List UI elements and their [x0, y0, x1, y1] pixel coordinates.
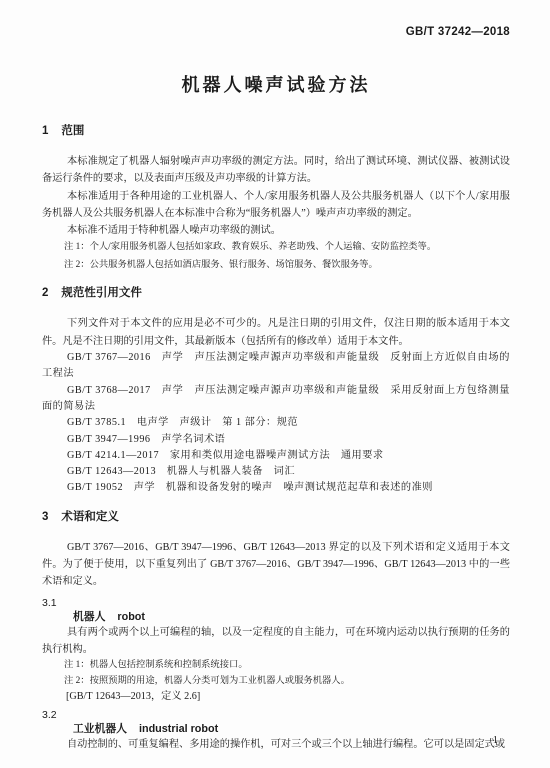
- normative-reference: GB/T 3767—2016 声学 声压法测定噪声源声功率级和声能量级 反射面上…: [42, 350, 510, 383]
- section-3-title: 术语和定义: [61, 511, 119, 523]
- term-3-1-name: 机器人robot: [73, 610, 510, 624]
- normative-reference: GB/T 3947—1996 声学名词术语: [42, 432, 510, 448]
- section-1-title: 范围: [61, 125, 84, 137]
- term-3-1-definition: 具有两个或两个以上可编程的轴，以及一定程度的自主能力，可在环境内运动以执行预期的…: [42, 624, 510, 659]
- section-2-title: 规范性引用文件: [61, 287, 142, 299]
- section-1-paragraph: 本标准规定了机器人辐射噪声声功率级的测定方法。同时，给出了测试环境、测试仪器、被…: [42, 153, 510, 188]
- section-1-note: 注 2：公共服务机器人包括如酒店服务、银行服务、场馆服务、餐饮服务等。: [64, 257, 510, 275]
- section-2-paragraph: 下列文件对于本文件的应用是必不可少的。凡是注日期的引用文件，仅注日期的版本适用于…: [42, 315, 510, 350]
- term-3-1-number: 3.1: [42, 597, 510, 610]
- term-3-2-en: industrial robot: [139, 723, 218, 735]
- normative-reference: GB/T 3768—2017 声学 声压法测定噪声源声功率级和声能量级 采用反射…: [42, 383, 510, 416]
- section-3-heading: 3术语和定义: [42, 510, 510, 524]
- section-1-heading: 1范围: [42, 124, 510, 138]
- section-2-heading: 2规范性引用文件: [42, 286, 510, 300]
- term-3-1-cn: 机器人: [73, 611, 105, 623]
- document-title: 机器人噪声试验方法: [42, 74, 510, 96]
- normative-reference: GB/T 12643—2013 机器人与机器人装备 词汇: [42, 464, 510, 480]
- term-3-2-number: 3.2: [42, 709, 510, 722]
- term-3-2-definition: 自动控制的、可重复编程、多用途的操作机，可对三个或三个以上轴进行编程。它可以是固…: [42, 736, 510, 753]
- term-3-1-source: [GB/T 12643—2013，定义 2.6]: [66, 689, 510, 704]
- normative-reference: GB/T 19052 声学 机器和设备发射的噪声 噪声测试规范起草和表述的准则: [42, 480, 510, 496]
- section-3-paragraph: GB/T 3767—2016、GB/T 3947—1996、GB/T 12643…: [42, 539, 510, 591]
- section-1-number: 1: [42, 125, 48, 137]
- section-1-paragraph: 本标准适用于各种用途的工业机器人、个人/家用服务机器人及公共服务机器人（以下个人…: [42, 188, 510, 223]
- section-3-number: 3: [42, 511, 48, 523]
- page-content: GB/T 37242—2018 机器人噪声试验方法 1范围 本标准规定了机器人辐…: [0, 0, 550, 754]
- normative-reference: GB/T 3785.1 电声学 声级计 第 1 部分：规范: [42, 415, 510, 431]
- section-1-paragraph: 本标准不适用于特种机器人噪声功率级的测试。: [42, 222, 510, 239]
- normative-reference: GB/T 4214.1—2017 家用和类似用途电器噪声测试方法 通用要求: [42, 448, 510, 464]
- page-number: 1: [493, 734, 498, 748]
- section-1-note: 注 1：个人/家用服务机器人包括如家政、教育娱乐、养老助残、个人运输、安防监控类…: [64, 239, 510, 257]
- document-page: GB/T 37242—2018 机器人噪声试验方法 1范围 本标准规定了机器人辐…: [0, 0, 550, 768]
- standard-number: GB/T 37242—2018: [42, 26, 510, 39]
- term-3-1-en: robot: [117, 611, 145, 623]
- term-3-1-note: 注 2：按照预期的用途，机器人分类可划为工业机器人或服务机器人。: [64, 674, 510, 690]
- section-2-number: 2: [42, 287, 48, 299]
- term-3-1-note: 注 1：机器人包括控制系统和控制系统接口。: [64, 658, 510, 674]
- term-3-2-cn: 工业机器人: [73, 723, 127, 735]
- term-3-2-name: 工业机器人industrial robot: [73, 722, 510, 736]
